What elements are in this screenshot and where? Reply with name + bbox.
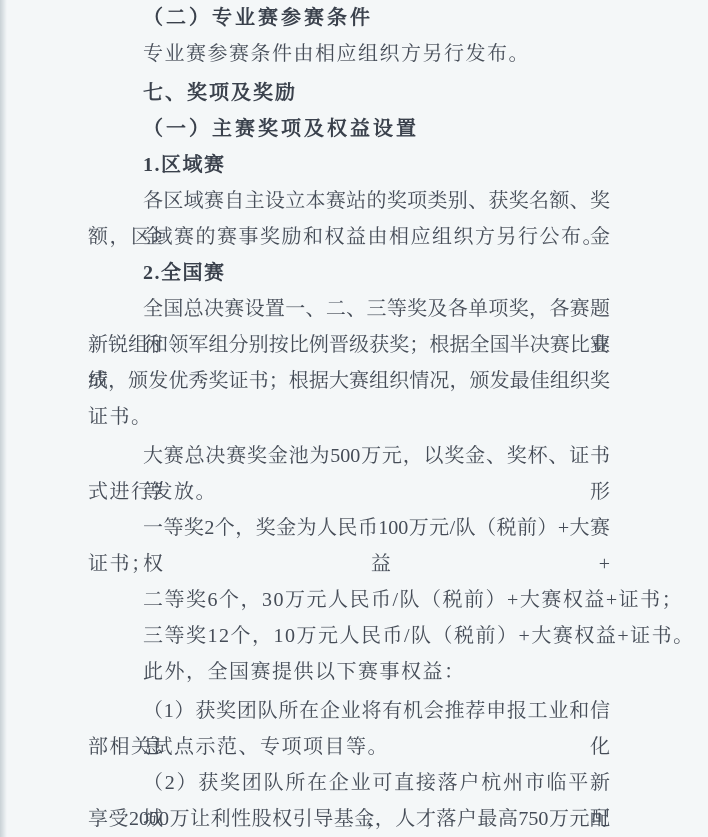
- para-benefits-intro: 此外，全国赛提供以下赛事权益：: [88, 654, 610, 690]
- heading-regional-competition: 1.区域赛: [88, 147, 610, 183]
- para-regional-awards-line-1: 各区域赛自主设立本赛站的奖项类别、获奖名额、奖金金: [88, 183, 610, 219]
- heading-national-competition: 2.全国赛: [88, 255, 610, 291]
- para-first-prize-line-1: 一等奖2个，奖金为人民币100万元/队（税前）+大赛权益+: [88, 510, 610, 546]
- para-national-awards-line-3: 绩，颁发优秀奖证书；根据大赛组织情况，颁发最佳组织奖: [88, 363, 610, 399]
- para-third-prize: 三等奖12个，10万元人民币/队（税前）+大赛权益+证书。: [88, 618, 610, 654]
- para-national-awards-line-1: 全国总决赛设置一、二、三等奖及各单项奖，各赛题行业: [88, 291, 610, 327]
- para-pro-conditions-release: 专业赛参赛条件由相应组织方另行发布。: [88, 36, 610, 72]
- para-benefit-2-line-2: 享受2000万让利性股权引导基金，人才落户最高750万元配套: [88, 801, 610, 837]
- document-body: （二）专业赛参赛条件 专业赛参赛条件由相应组织方另行发布。 七、奖项及奖励 （一…: [88, 0, 610, 837]
- heading-main-awards-setup: （一）主赛奖项及权益设置: [88, 111, 610, 147]
- para-benefit-1-line-1: （1）获奖团队所在企业将有机会推荐申报工业和信息化: [88, 693, 610, 729]
- para-national-awards-line-4: 证书。: [88, 399, 610, 435]
- para-prize-pool-line-1: 大赛总决赛奖金池为500万元，以奖金、奖杯、证书等形: [88, 438, 610, 474]
- para-national-awards-line-2: 新锐组和领军组分别按比例晋级获奖；根据全国半决赛比赛成: [88, 327, 610, 363]
- scanned-document-page: { "page": { "background_color": "#f4f7f8…: [0, 0, 708, 837]
- para-second-prize: 二等奖6个，30万元人民币/队（税前）+大赛权益+证书；: [88, 582, 610, 618]
- heading-pro-competition-conditions: （二）专业赛参赛条件: [88, 0, 610, 36]
- heading-awards-section: 七、奖项及奖励: [88, 75, 610, 111]
- para-benefit-2-line-1: （2）获奖团队所在企业可直接落户杭州市临平新城，可: [88, 765, 610, 801]
- page-left-edge-shadow: [0, 0, 7, 837]
- para-regional-awards-line-2: 额，区域赛的赛事奖励和权益由相应组织方另行公布。: [88, 219, 610, 255]
